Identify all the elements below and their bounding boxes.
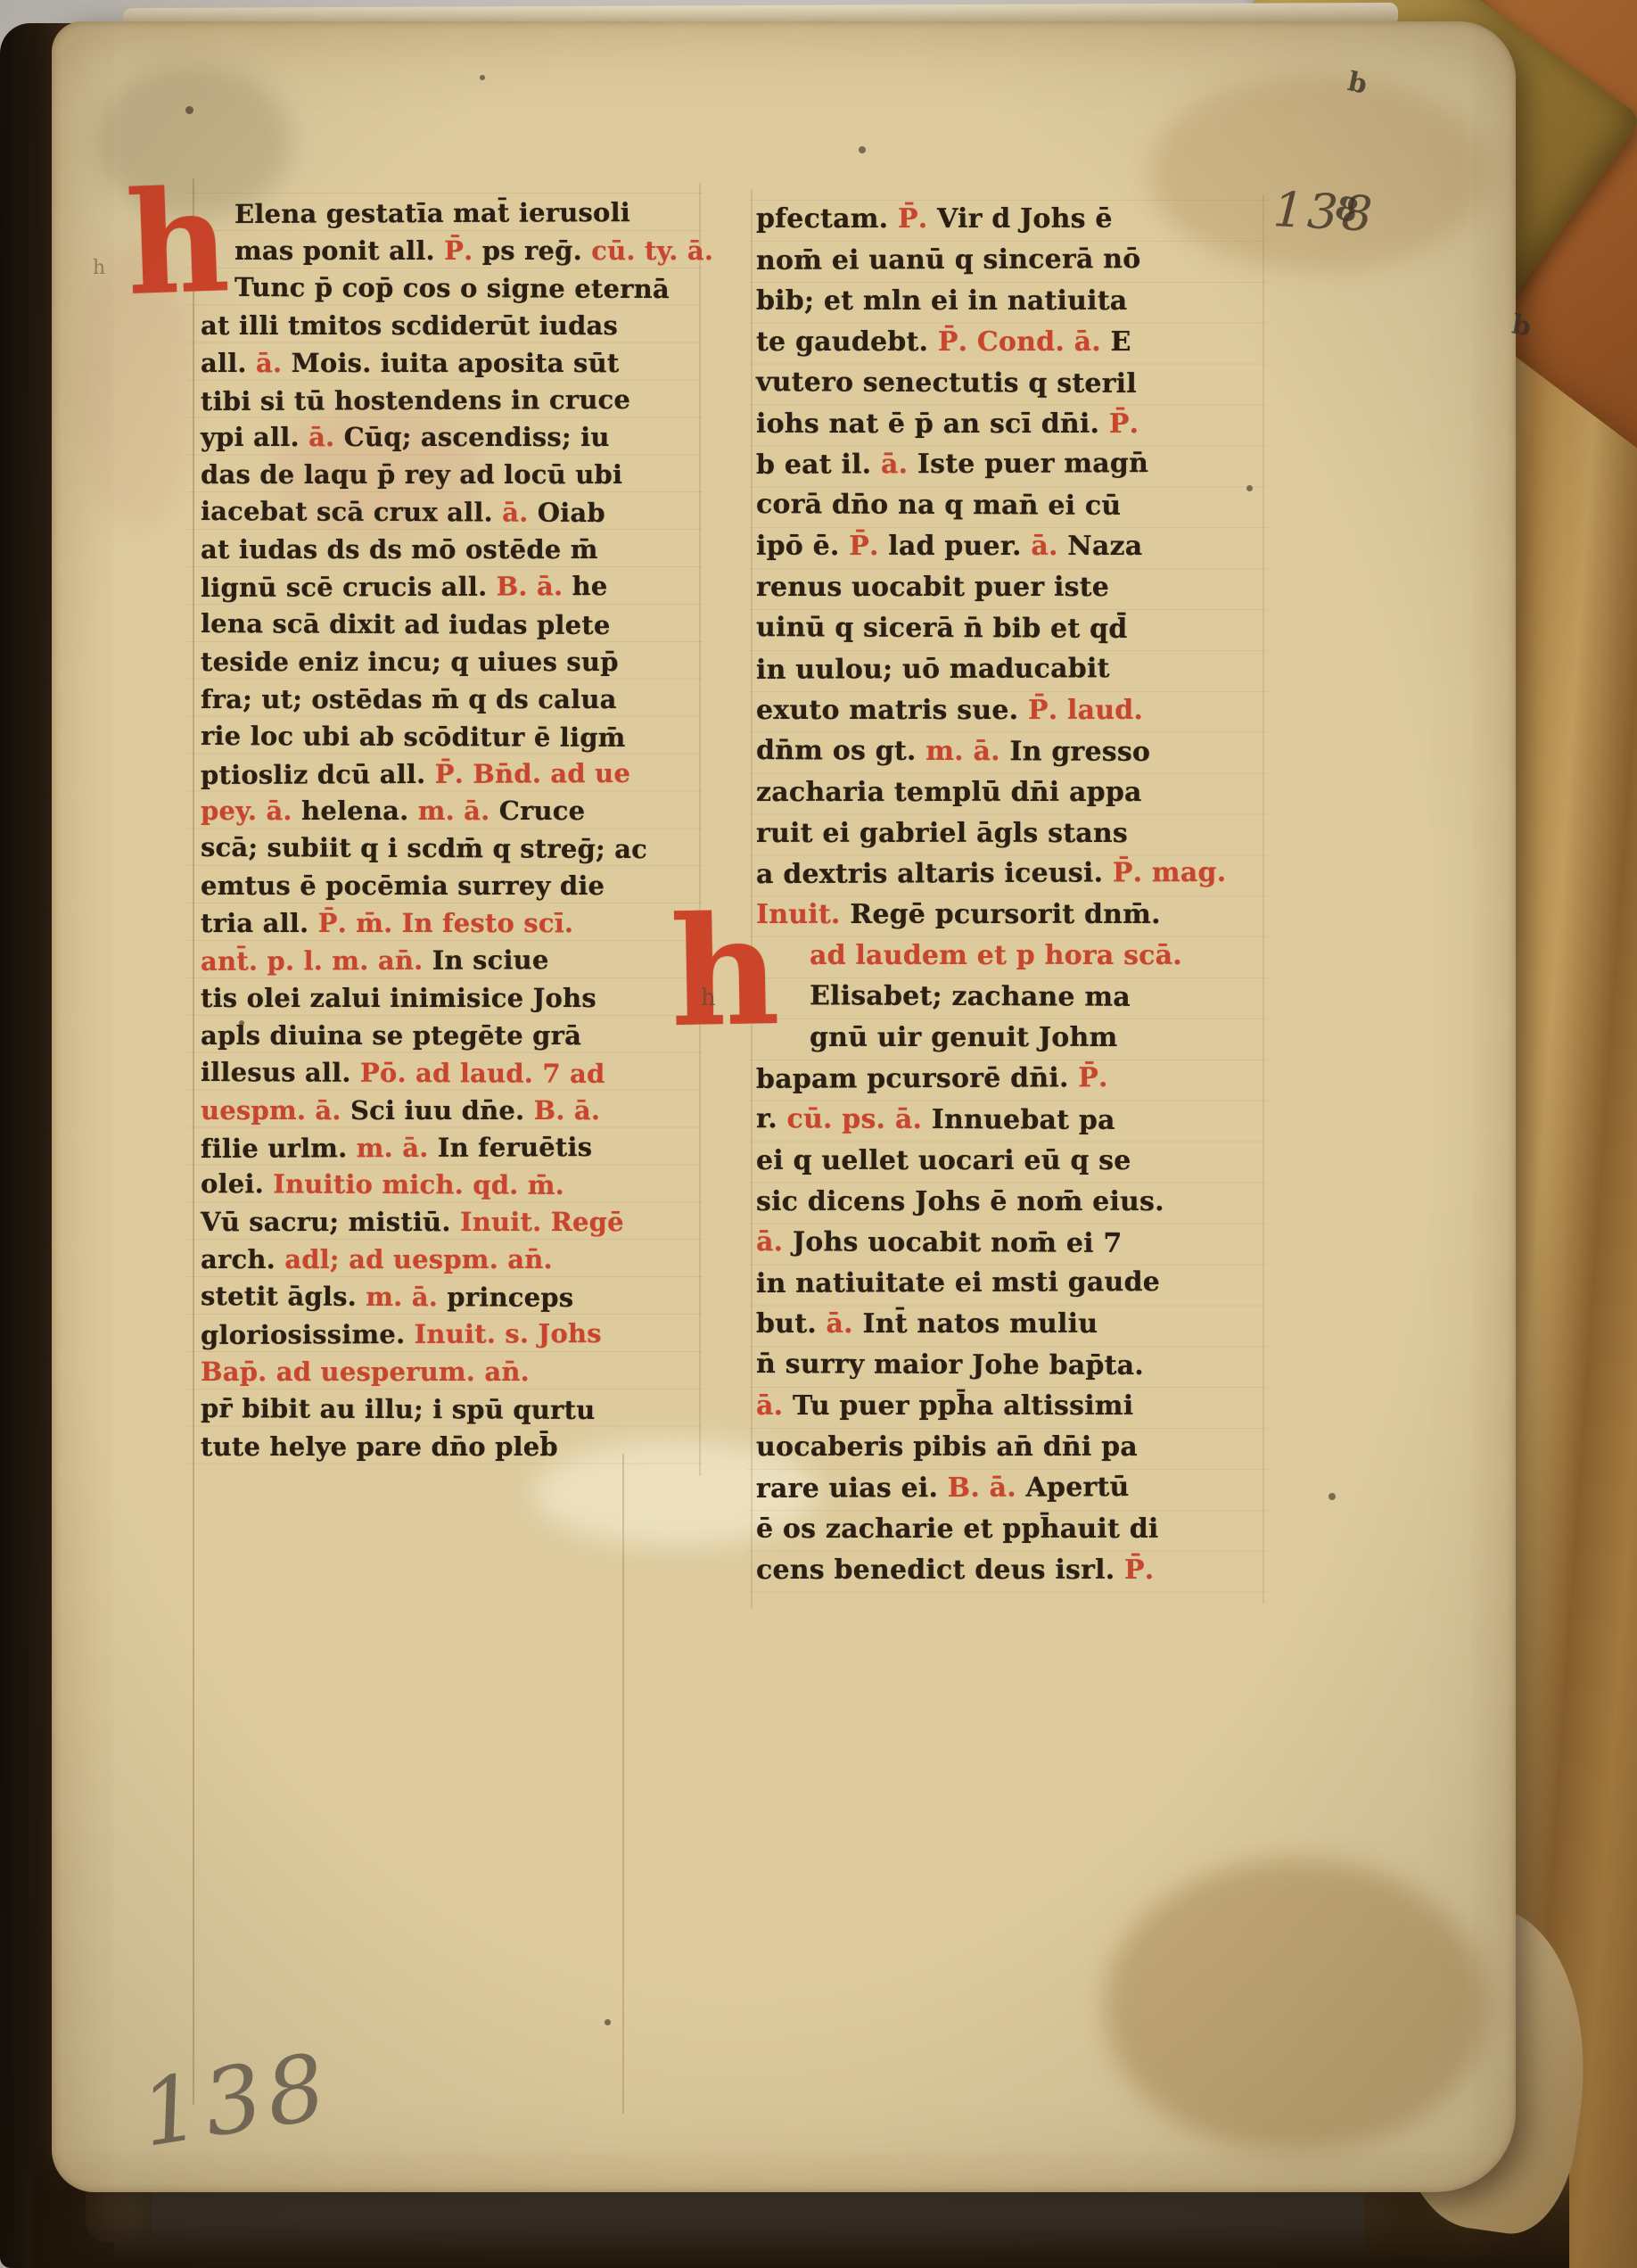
text-line: illesus all. Pō. ad laud. 7 ad: [201, 1057, 605, 1089]
folio-number-ink: 138: [1271, 181, 1377, 243]
red-initial-h-helena: h: [125, 182, 231, 305]
text-line: but. ā. Int̄ natos muliu: [756, 1308, 1098, 1340]
text-line: stetit āgls. m. ā. princeps: [201, 1281, 573, 1313]
manuscript-photo: h h h h 138 138 b 8 b Elena gestatīa mat…: [0, 0, 1637, 2268]
text-line: rie loc ubi ab scōditur ē ligm̄: [201, 721, 626, 753]
text-line: corā dn̄o na q man̄ ei cū: [756, 489, 1122, 522]
text-line: tis olei zalui inimisice Johs: [201, 983, 596, 1013]
text-line: olei. Inuitio mich. qd. m̄.: [201, 1169, 564, 1201]
text-line: ptiosliz dcū all. P̄. Bn̄d. ad ue: [201, 757, 630, 789]
text-line: n̄ surry maior Johe bap̄ta.: [756, 1348, 1144, 1381]
text-line: pey. ā. helena. m. ā. Cruce: [201, 796, 585, 826]
text-line: mas ponit all. P̄. ps reḡ. cū. ty. ā.: [234, 235, 713, 266]
text-line: filie urlm. m. ā. In feruētis: [201, 1132, 592, 1164]
text-line: scā; subiit q i scdm̄ q streḡ; ac: [201, 832, 647, 864]
text-line: Elisabet; zachane ma: [810, 980, 1131, 1013]
text-line: Tunc p̄ cop̄ cos o signe eternā: [234, 272, 670, 304]
text-line: ruit ei gabriel āgls stans: [756, 818, 1128, 849]
text-line: cens benedict deus isrl. P̄.: [756, 1555, 1154, 1586]
text-line: at illi tmitos scdiderūt iudas: [201, 310, 618, 341]
text-line: tibi si tū hostendens in cruce: [201, 383, 630, 416]
text-line: Inuit. Regē pcursorit dnm̄.: [756, 899, 1161, 930]
text-line: uinū q sicerā n̄ bib et qd̄: [756, 612, 1128, 645]
text-line: ypi all. ā. Cūq; ascendiss; iu: [201, 422, 610, 452]
text-line: arch. adl; ad uespm. an̄.: [201, 1244, 553, 1274]
text-line: Elena gestatīa mat̄ ierusoli: [234, 197, 630, 229]
text-line: bib; et mln ei in natiuita: [756, 285, 1127, 317]
text-line: tria all. P̄. m̄. In festo scī.: [201, 908, 573, 938]
text-line: b eat il. ā. Iste puer magn̄: [756, 448, 1148, 481]
text-line: a dextris altaris iceusi. P̄. mag.: [756, 857, 1226, 890]
text-line: renus uocabit puer iste: [756, 572, 1109, 603]
text-line: vutero senectutis q steril: [756, 367, 1137, 400]
folio-number-pencil: 138: [134, 2033, 338, 2168]
text-line: r. cū. ps. ā. Innuebat pa: [756, 1103, 1115, 1136]
text-line: pfectam. P̄. Vir d Johs ē: [756, 203, 1113, 235]
text-line: ipō ē. P̄. lad puer. ā. Naza: [756, 531, 1142, 562]
edge-ink-mark: b: [1345, 66, 1370, 101]
edge-ink-mark: b: [1509, 309, 1534, 342]
text-line: te gaudebt. P̄. Cond. ā. E: [756, 326, 1131, 358]
text-line: nom̄ ei uanū q sincerā nō: [756, 243, 1141, 276]
text-line: Bap̄. ad uesperum. an̄.: [201, 1357, 530, 1387]
guide-letter: h: [93, 257, 105, 279]
text-line: gloriosissime. Inuit. s. Johs: [201, 1318, 602, 1350]
text-line: uespm. ā. Sci iuu dn̄e. B. ā.: [201, 1095, 600, 1126]
text-line: dn̄m os gt. m. ā. In gresso: [756, 735, 1150, 768]
text-line: in natiuitate ei msti gaude: [756, 1266, 1160, 1299]
text-line: apls diuina se ptegēte grā: [201, 1020, 581, 1051]
text-line: rare uias ei. B. ā. Apertū: [756, 1472, 1130, 1505]
text-line: emtus ē pocēmia surrey die: [201, 870, 605, 901]
text-line: sic dicens Johs ē nom̄ eius.: [756, 1186, 1164, 1217]
text-line: gnū uir genuit Johm: [810, 1022, 1117, 1053]
text-line: das de laqu p̄ rey ad locū ubi: [201, 459, 622, 490]
text-line: teside eniz incu; q uiues sup̄: [201, 647, 619, 677]
text-block: h h h h 138 138 b 8 b Elena gestatīa mat…: [0, 0, 1637, 2268]
text-line: in uulou; uō maducabit: [756, 653, 1110, 686]
text-line: ā. Johs uocabit nom̄ ei 7: [756, 1226, 1123, 1259]
text-line: lena scā dixit ad iudas plete: [201, 608, 611, 640]
text-line: tute helye pare dn̄o pleb̄: [201, 1431, 558, 1462]
text-line: at iudas ds ds mō ostēde m̄: [201, 534, 598, 565]
text-line: ad laudem et p hora scā.: [810, 940, 1182, 971]
text-line: ant̄. p. l. m. an̄. In sciue: [201, 944, 549, 977]
text-line: bapam pcursorē dn̄i. P̄.: [756, 1062, 1108, 1095]
text-line: zacharia templū dn̄i appa: [756, 777, 1142, 808]
guide-letter: h: [701, 985, 716, 1011]
text-line: exuto matris sue. P̄. laud.: [756, 695, 1143, 726]
text-line: pr̄ bibit au illu; i spū qurtu: [201, 1393, 596, 1425]
text-line: all. ā. Mois. iuita aposita sūt: [201, 348, 619, 378]
text-line: iohs nat ē p̄ an scī dn̄i. P̄.: [756, 408, 1139, 440]
text-line: Vū sacru; mistiū. Inuit. Regē: [201, 1207, 624, 1237]
text-line: ei q uellet uocari eū q se: [756, 1145, 1131, 1176]
text-line: iacebat scā crux all. ā. Oiab: [201, 496, 605, 528]
text-line: lignū scē crucis all. B. ā. he: [201, 571, 608, 603]
text-line: ā. Tu puer pph̄a altissimi: [756, 1390, 1133, 1422]
text-line: uocaberis pibis an̄ dn̄i pa: [756, 1431, 1138, 1463]
text-line: fra; ut; ostēdas m̄ q ds calua: [201, 684, 617, 714]
text-line: ē os zacharie et pph̄auit di: [756, 1513, 1158, 1545]
